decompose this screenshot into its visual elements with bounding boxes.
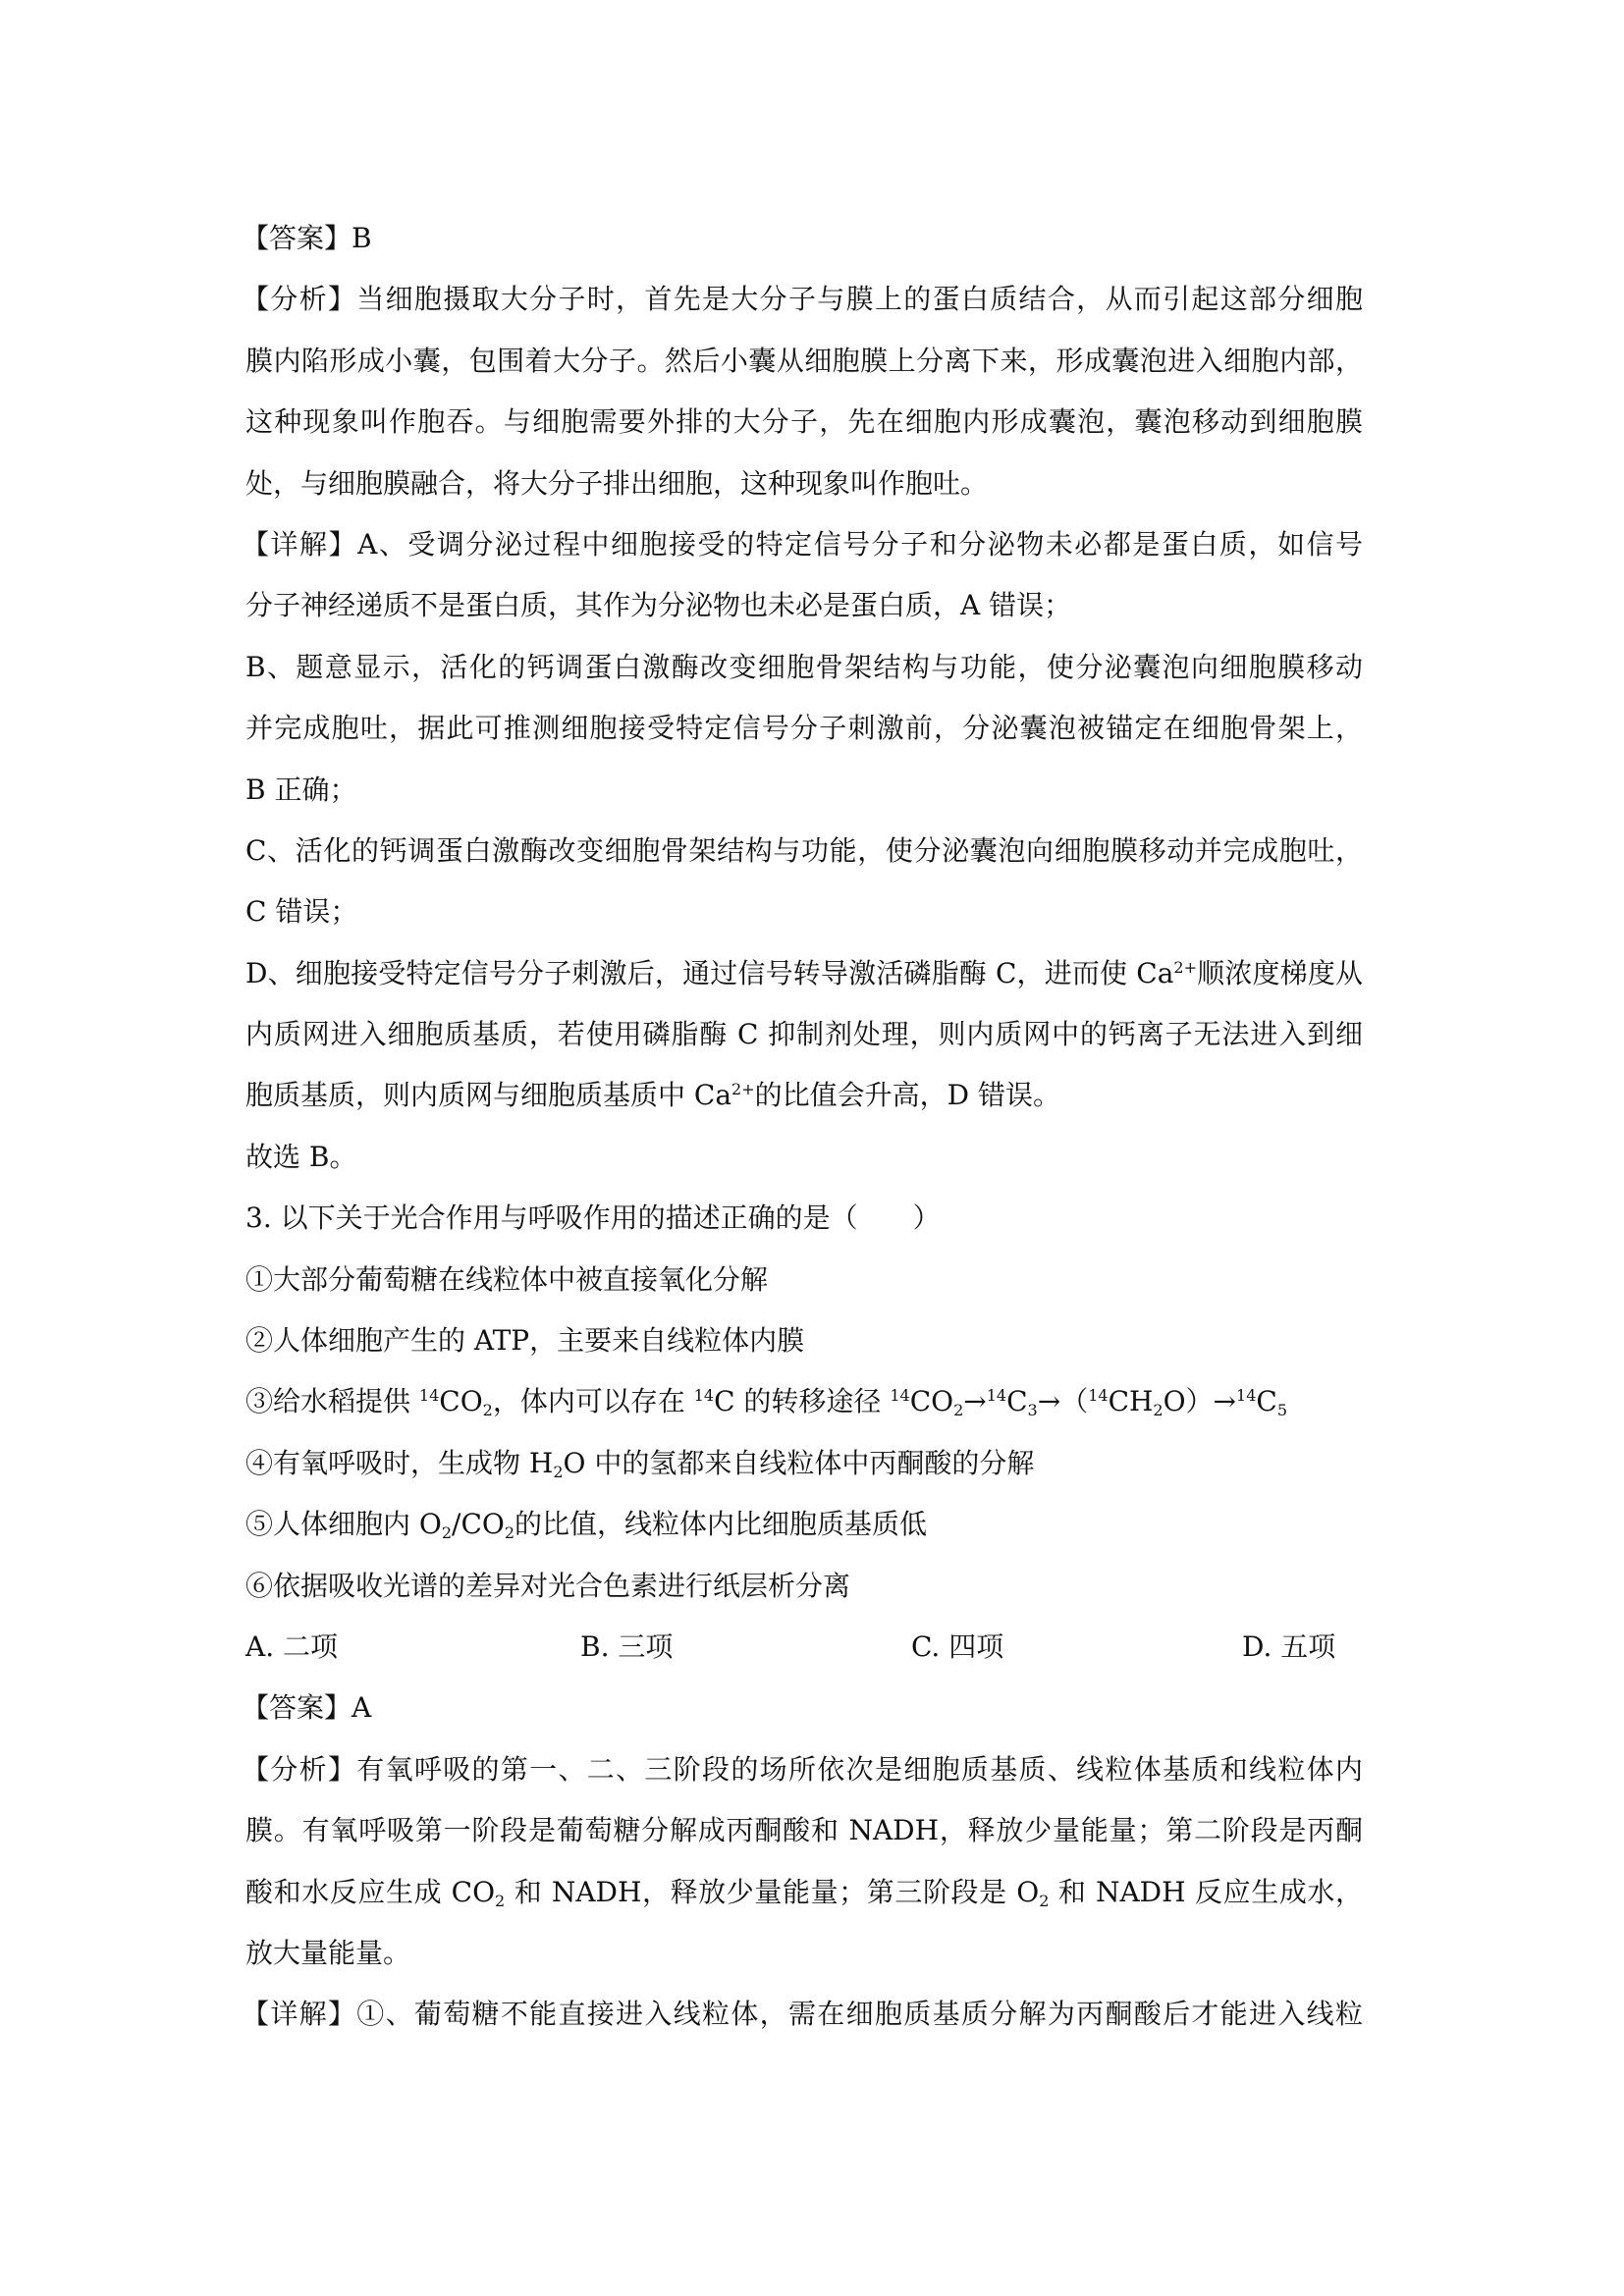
text-run: C (1006, 1385, 1027, 1417)
subscript: 2 (442, 1523, 452, 1542)
text-run: 【答案】A (242, 1691, 371, 1724)
statement-4: ④有氧呼吸时，生成物 H2O 中的氢都来自线粒体中丙酮酸的分解 (245, 1433, 1363, 1494)
text-run: B、题意显示，活化的钙调蛋白激酶改变细胞骨架结构与功能，使分泌囊泡向细胞膜移动 (245, 651, 1363, 683)
superscript: 14 (1236, 1386, 1256, 1405)
analysis-2-l1: 【分析】当细胞摄取大分子时，首先是大分子与膜上的蛋白质结合，从而引起这部分细胞 (242, 269, 1363, 330)
detail-2-l5: B 正确； (245, 760, 1363, 821)
statement-5: ⑤人体细胞内 O2/CO2的比值，线粒体内比细胞质基质低 (245, 1494, 1363, 1555)
text-run: → (963, 1385, 986, 1417)
text-run: CH (1109, 1385, 1154, 1417)
statement-2: ②人体细胞产生的 ATP，主要来自线粒体内膜 (245, 1310, 1363, 1371)
text-run: C、活化的钙调蛋白激酶改变细胞骨架结构与功能，使分泌囊泡向细胞膜移动并完成胞吐， (245, 834, 1363, 867)
text-run: C (1256, 1385, 1276, 1417)
text-run: 胞质基质，则内质网与细胞质基质中 Ca (245, 1079, 731, 1111)
text-run: 【详解】A、受调分泌过程中细胞接受的特定信号分子和分泌物未必都是蛋白质，如信号 (242, 528, 1363, 561)
text-run: ⑤人体细胞内 O (245, 1508, 442, 1540)
text-run: C 的转移途径 (714, 1385, 890, 1417)
text-run: 放大量能量。 (245, 1937, 410, 1969)
analysis-3-l2: 膜。有氧呼吸第一阶段是葡萄糖分解成丙酮酸和 NADH，释放少量能量；第二阶段是丙… (245, 1800, 1363, 1861)
conclusion-2: 故选 B。 (245, 1127, 1363, 1188)
subscript: 5 (1277, 1401, 1287, 1419)
text-run: /CO (452, 1508, 505, 1540)
text-run: ③给水稻提供 (245, 1385, 419, 1417)
superscript: 14 (987, 1386, 1006, 1405)
subscript: 2 (505, 1523, 514, 1542)
text-run: C 错误； (245, 895, 357, 928)
text-run: 这种现象叫作胞吞。与细胞需要外排的大分子，先在细胞内形成囊泡，囊泡移动到细胞膜 (245, 405, 1363, 438)
detail-2-l2: 分子神经递质不是蛋白质，其作为分泌物也未必是蛋白质，A 错误； (245, 575, 1363, 636)
text-run: CO (910, 1385, 953, 1417)
detail-2-l10: 胞质基质，则内质网与细胞质基质中 Ca2+的比值会升高，D 错误。 (245, 1065, 1363, 1126)
text-run: ②人体细胞产生的 ATP，主要来自线粒体内膜 (245, 1324, 804, 1357)
answer-options: A. 二项B. 三项C. 四项D. 五项 (245, 1617, 1363, 1678)
text-run: 顺浓度梯度从 (1197, 957, 1363, 989)
text-run: 3. 以下关于光合作用与呼吸作用的描述正确的是（ ） (245, 1201, 941, 1234)
superscript: 2+ (1173, 958, 1197, 977)
text-run: 内质网进入细胞质基质，若使用磷脂酶 C 抑制剂处理，则内质网中的钙离子无法进入到… (245, 1018, 1363, 1050)
analysis-2-l3: 这种现象叫作胞吞。与细胞需要外排的大分子，先在细胞内形成囊泡，囊泡移动到细胞膜 (245, 392, 1363, 453)
superscript: 14 (419, 1386, 439, 1405)
text-run: 和 NADH，释放少量能量；第三阶段是 O (505, 1876, 1039, 1908)
option-d: D. 五项 (1242, 1617, 1335, 1678)
subscript: 2 (483, 1401, 493, 1419)
detail-2-l8: D、细胞接受特定信号分子刺激后，通过信号转导激活磷脂酶 C，进而使 Ca2+顺浓… (245, 943, 1363, 1004)
text-run: 酸和水反应生成 CO (245, 1876, 495, 1908)
detail-2-l9: 内质网进入细胞质基质，若使用磷脂酶 C 抑制剂处理，则内质网中的钙离子无法进入到… (245, 1004, 1363, 1065)
text-run: 故选 B。 (245, 1141, 356, 1173)
detail-2-l1: 【详解】A、受调分泌过程中细胞接受的特定信号分子和分泌物未必都是蛋白质，如信号 (242, 514, 1363, 575)
detail-2-l3: B、题意显示，活化的钙调蛋白激酶改变细胞骨架结构与功能，使分泌囊泡向细胞膜移动 (245, 637, 1363, 698)
subscript: 2 (953, 1401, 963, 1419)
analysis-3-l1: 【分析】有氧呼吸的第一、二、三阶段的场所依次是细胞质基质、线粒体基质和线粒体内 (242, 1739, 1363, 1800)
text-run: 【分析】当细胞摄取大分子时，首先是大分子与膜上的蛋白质结合，从而引起这部分细胞 (242, 283, 1363, 315)
detail-2-l7: C 错误； (245, 881, 1363, 942)
answer-2: 【答案】B (242, 208, 1363, 269)
subscript: 3 (1028, 1401, 1038, 1419)
text-run: ⑥依据吸收光谱的差异对光合色素进行纸层析分离 (245, 1570, 850, 1602)
text-run: 分子神经递质不是蛋白质，其作为分泌物也未必是蛋白质，A 错误； (245, 589, 1071, 621)
subscript: 2 (553, 1463, 563, 1481)
text-run: B 正确； (245, 774, 356, 806)
detail-3-l1: 【详解】①、葡萄糖不能直接进入线粒体，需在细胞质基质分解为丙酮酸后才能进入线粒 (242, 1984, 1363, 2045)
superscript: 14 (890, 1386, 909, 1405)
text-run: O）→ (1164, 1385, 1236, 1417)
text-run: 处，与细胞膜融合，将大分子排出细胞，这种现象叫作胞吐。 (245, 467, 988, 500)
text-run: 并完成胞吐，据此可推测细胞接受特定信号分子刺激前，分泌囊泡被锚定在细胞骨架上， (245, 712, 1363, 744)
text-run: 的比值会升高，D 错误。 (755, 1079, 1060, 1111)
text-run: ，体内可以存在 (493, 1385, 694, 1417)
text-run: ④有氧呼吸时，生成物 H (245, 1447, 553, 1479)
analysis-2-l2: 膜内陷形成小囊，包围着大分子。然后小囊从细胞膜上分离下来，形成囊泡进入细胞内部， (245, 331, 1363, 392)
answer-3: 【答案】A (242, 1678, 1363, 1738)
question-3: 3. 以下关于光合作用与呼吸作用的描述正确的是（ ） (245, 1188, 1363, 1249)
option-a: A. 二项 (245, 1617, 338, 1678)
text-run: CO (439, 1385, 482, 1417)
text-run: 【答案】B (242, 222, 372, 254)
superscript: 2+ (731, 1080, 755, 1098)
document-page: 【答案】B【分析】当细胞摄取大分子时，首先是大分子与膜上的蛋白质结合，从而引起这… (0, 0, 1624, 2296)
document-body: 【答案】B【分析】当细胞摄取大分子时，首先是大分子与膜上的蛋白质结合，从而引起这… (245, 208, 1363, 2046)
analysis-3-l4: 放大量能量。 (245, 1923, 1363, 1984)
text-run: O 中的氢都来自线粒体中丙酮酸的分解 (564, 1447, 1035, 1479)
subscript: 2 (1039, 1892, 1049, 1910)
statement-6: ⑥依据吸收光谱的差异对光合色素进行纸层析分离 (245, 1556, 1363, 1617)
option-c: C. 四项 (911, 1617, 1003, 1678)
superscript: 14 (1088, 1386, 1108, 1405)
text-run: D、细胞接受特定信号分子刺激后，通过信号转导激活磷脂酶 C，进而使 Ca (245, 957, 1173, 989)
text-run: 【详解】①、葡萄糖不能直接进入线粒体，需在细胞质基质分解为丙酮酸后才能进入线粒 (242, 1998, 1363, 2030)
subscript: 2 (1153, 1401, 1163, 1419)
statement-1: ①大部分葡萄糖在线粒体中被直接氧化分解 (245, 1250, 1363, 1310)
detail-2-l6: C、活化的钙调蛋白激酶改变细胞骨架结构与功能，使分泌囊泡向细胞膜移动并完成胞吐， (245, 821, 1363, 881)
text-run: 膜。有氧呼吸第一阶段是葡萄糖分解成丙酮酸和 NADH，释放少量能量；第二阶段是丙… (245, 1814, 1363, 1846)
text-run: 的比值，线粒体内比细胞质基质低 (514, 1508, 927, 1540)
subscript: 2 (495, 1892, 505, 1910)
text-run: 【分析】有氧呼吸的第一、二、三阶段的场所依次是细胞质基质、线粒体基质和线粒体内 (242, 1753, 1363, 1786)
superscript: 14 (694, 1386, 714, 1405)
option-b: B. 三项 (580, 1617, 673, 1678)
text-run: →（ (1038, 1385, 1088, 1417)
analysis-2-l4: 处，与细胞膜融合，将大分子排出细胞，这种现象叫作胞吐。 (245, 454, 1363, 514)
text-run: ①大部分葡萄糖在线粒体中被直接氧化分解 (245, 1263, 768, 1296)
text-run: 膜内陷形成小囊，包围着大分子。然后小囊从细胞膜上分离下来，形成囊泡进入细胞内部， (245, 345, 1363, 377)
analysis-3-l3: 酸和水反应生成 CO2 和 NADH，释放少量能量；第三阶段是 O2 和 NAD… (245, 1862, 1363, 1923)
statement-3: ③给水稻提供 14CO2，体内可以存在 14C 的转移途径 14CO2→14C3… (245, 1371, 1363, 1432)
detail-2-l4: 并完成胞吐，据此可推测细胞接受特定信号分子刺激前，分泌囊泡被锚定在细胞骨架上， (245, 698, 1363, 759)
